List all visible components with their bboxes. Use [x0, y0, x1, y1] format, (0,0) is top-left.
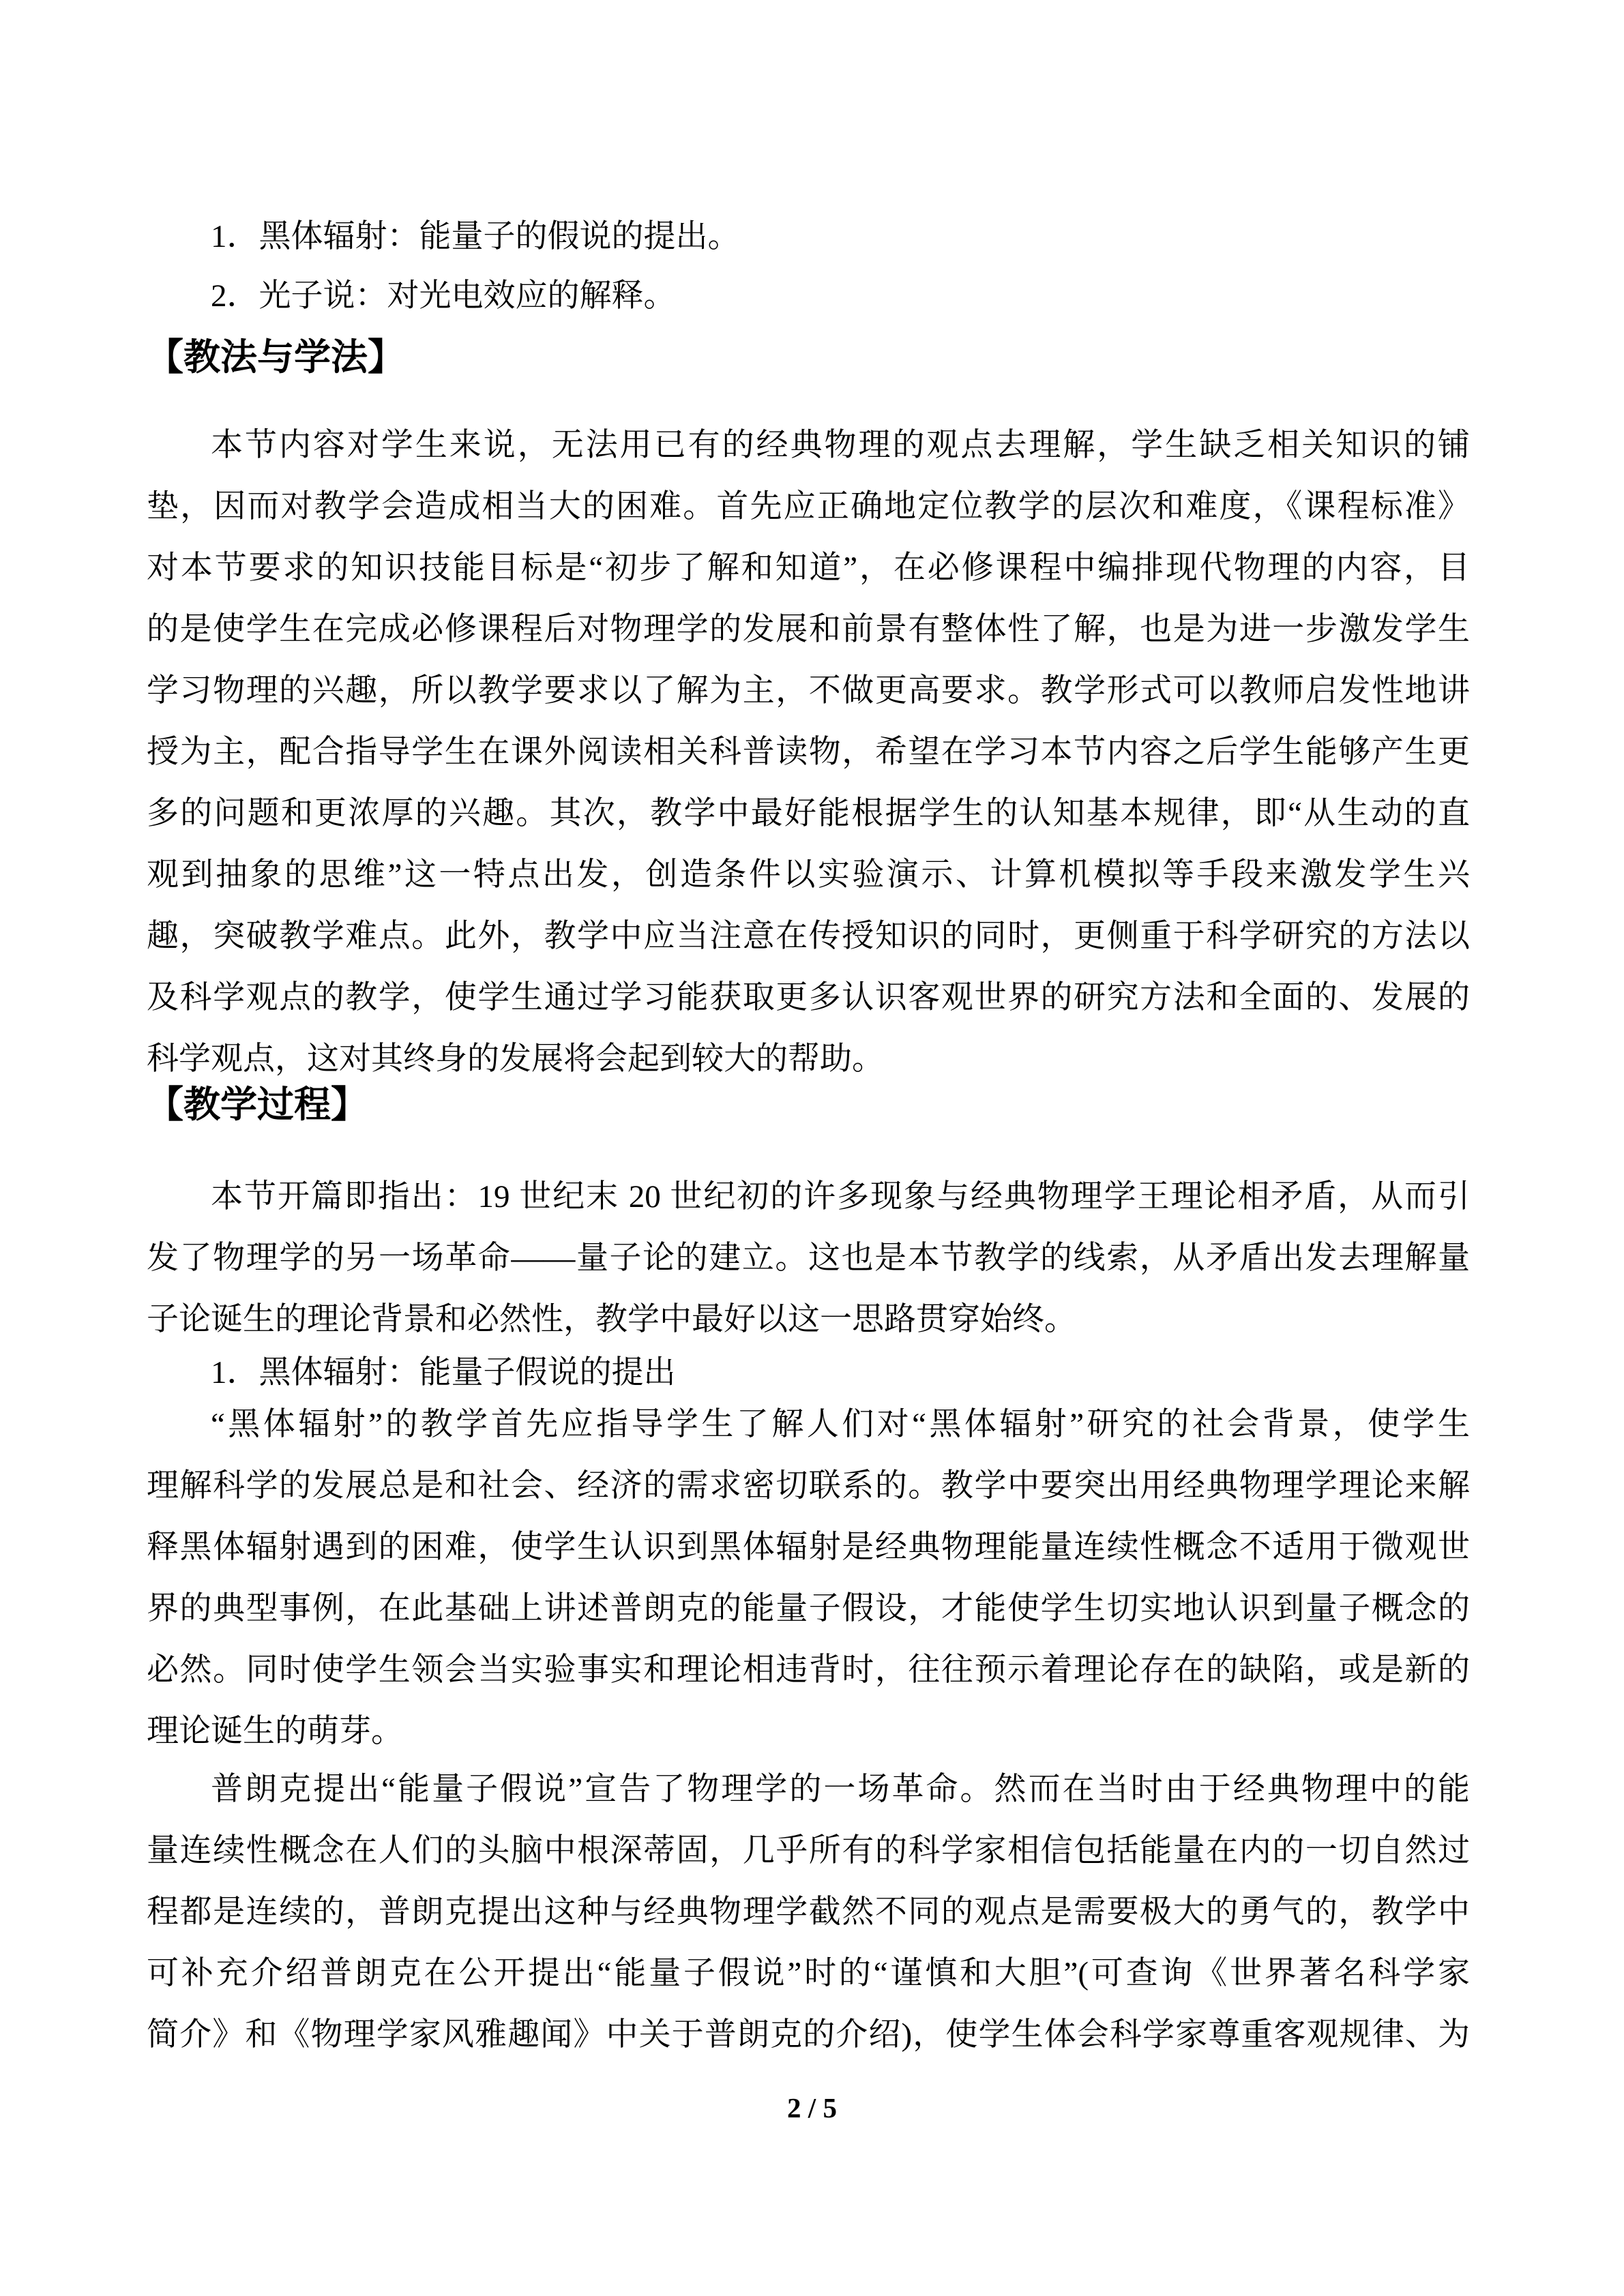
para-line: 垫，因而对教学会造成相当大的困难。首先应正确地定位教学的层次和难度，《课程标准》: [147, 476, 1470, 537]
para-line: 释黑体辐射遇到的困难，使学生认识到黑体辐射是经典物理能量连续性概念不适用于微观世: [147, 1517, 1470, 1578]
para-line: 本节开篇即指出：19 世纪末 20 世纪初的许多现象与经典物理学王理论相矛盾，从…: [147, 1166, 1470, 1227]
para-line: 理解科学的发展总是和社会、经济的需求密切联系的。教学中要突出用经典物理学理论来解: [147, 1455, 1470, 1517]
para-line: 界的典型事例，在此基础上讲述普朗克的能量子假设，才能使学生切实地认识到量子概念的: [147, 1578, 1470, 1639]
para-line: 理论诞生的萌芽。: [147, 1701, 1470, 1762]
document-page: 1．黑体辐射：能量子的假说的提出。 2．光子说：对光电效应的解释。 【教法与学法…: [0, 0, 1624, 2296]
overview-item-1: 1．黑体辐射：能量子的假说的提出。: [147, 206, 1534, 267]
para-line: 子论诞生的理论背景和必然性，教学中最好以这一思路贯穿始终。: [147, 1289, 1470, 1350]
page-number: 2 / 5: [0, 2077, 1624, 2138]
para-line: 多的问题和更浓厚的兴趣。其次，教学中最好能根据学生的认知基本规律，即“从生动的直: [147, 783, 1470, 844]
para-line: 量连续性概念在人们的头脑中根深蒂固，几乎所有的科学家相信包括能量在内的一切自然过: [147, 1820, 1470, 1881]
para-line: 可补充介绍普朗克在公开提出“能量子假说”时的“谨慎和大胆”(可查询《世界著名科学…: [147, 1943, 1470, 2004]
para-line: 及科学观点的教学，使学生通过学习能获取更多认识客观世界的研究方法和全面的、发展的: [147, 967, 1470, 1028]
para-line: 授为主，配合指导学生在课外阅读相关科普读物，希望在学习本节内容之后学生能够产生更: [147, 721, 1470, 783]
para-line: 趣，突破教学难点。此外，教学中应当注意在传授知识的同时，更侧重于科学研究的方法以: [147, 906, 1470, 967]
para-line: 本节内容对学生来说，无法用已有的经典物理的观点去理解，学生缺乏相关知识的铺: [147, 415, 1470, 476]
para-line: 普朗克提出“能量子假说”宣告了物理学的一场革命。然而在当时由于经典物理中的能: [147, 1759, 1470, 1820]
para-line: 学习物理的兴趣，所以教学要求以了解为主，不做更高要求。教学形式可以教师启发性地讲: [147, 660, 1470, 721]
para-line: 必然。同时使学生领会当实验事实和理论相违背时，往往预示着理论存在的缺陷，或是新的: [147, 1639, 1470, 1701]
para-line: 简介》和《物理学家风雅趣闻》中关于普朗克的介绍)，使学生体会科学家尊重客观规律、…: [147, 2004, 1470, 2066]
para-line: 发了物理学的另一场革命——量子论的建立。这也是本节教学的线索，从矛盾出发去理解量: [147, 1227, 1470, 1289]
para-line: “黑体辐射”的教学首先应指导学生了解人们对“黑体辐射”研究的社会背景，使学生: [147, 1394, 1470, 1455]
overview-item-2: 2．光子说：对光电效应的解释。: [147, 265, 1534, 327]
heading-teaching-process: 【教学过程】: [147, 1071, 368, 1139]
para-line: 观到抽象的思维”这一特点出发，创造条件以实验演示、计算机模拟等手段来激发学生兴: [147, 844, 1470, 906]
para-line: 的是使学生在完成必修课程后对物理学的发展和前景有整体性了解，也是为进一步激发学生: [147, 599, 1470, 660]
heading-teaching-methods: 【教法与学法】: [147, 323, 404, 391]
para-line: 程都是连续的，普朗克提出这种与经典物理学截然不同的观点是需要极大的勇气的，教学中: [147, 1881, 1470, 1943]
para-line: 对本节要求的知识技能目标是“初步了解和知道”，在必修课程中编排现代物理的内容，目: [147, 537, 1470, 599]
